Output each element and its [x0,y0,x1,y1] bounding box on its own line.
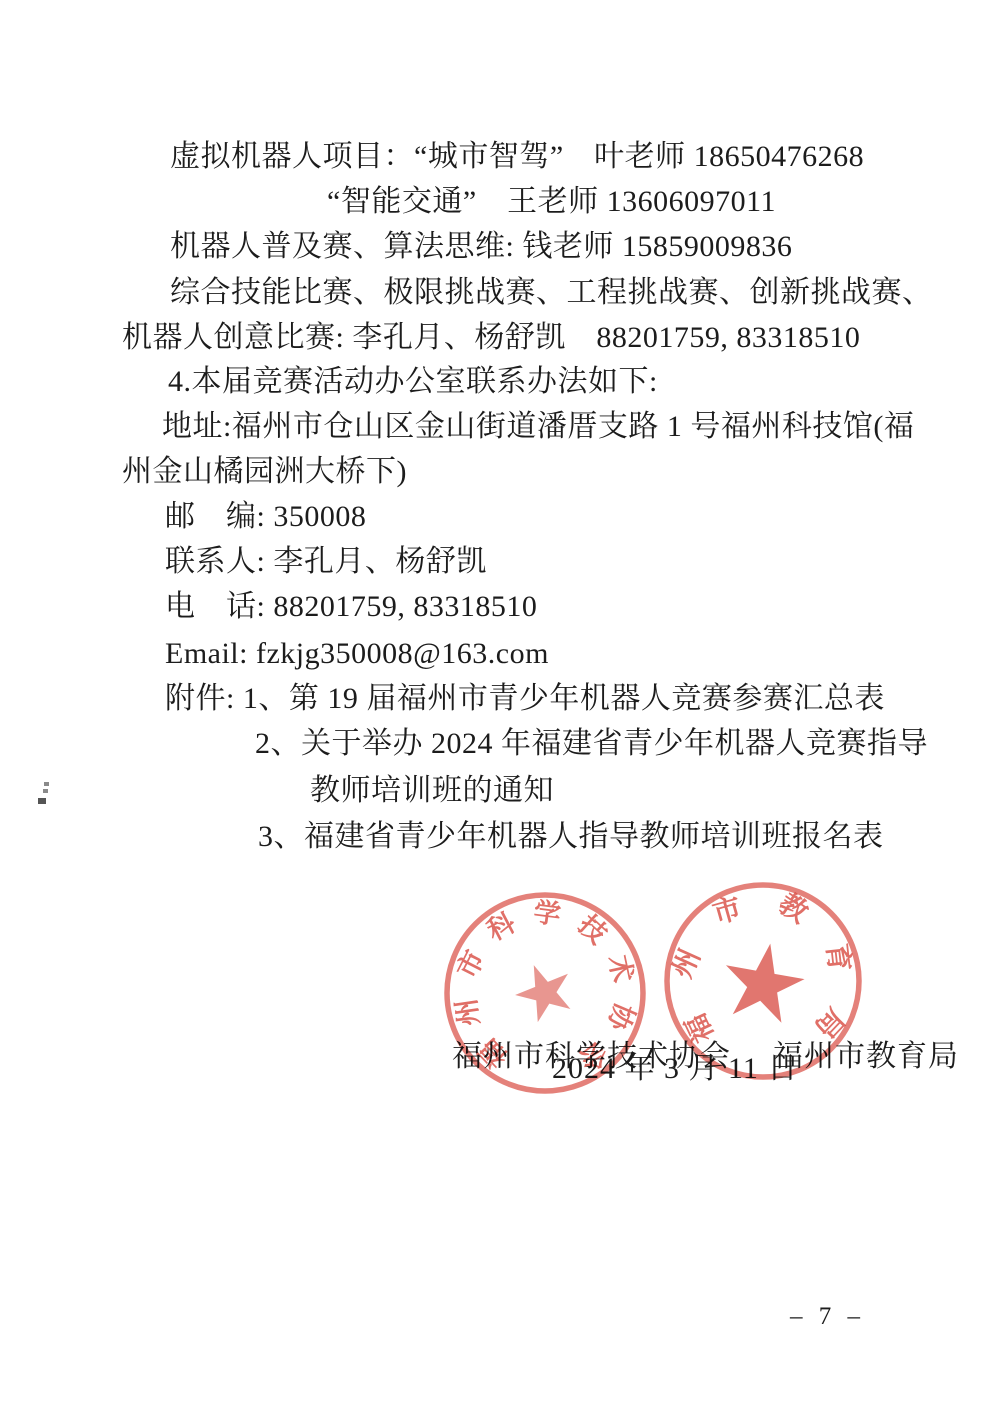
body-line: 综合技能比赛、极限挑战赛、工程挑战赛、创新挑战赛、 [170,274,933,312]
page-number: – 7 – [790,1303,865,1331]
signature-date: 2024 年 3 月 11 日 [552,1043,798,1087]
document-page: 虚拟机器人项目：“城市智驾” 叶老师 18650476268 “智能交通” 王老… [0,0,1000,1414]
body-line: 虚拟机器人项目：“城市智驾” 叶老师 18650476268 [170,138,864,176]
body-line: 3、福建省青少年机器人指导教师培训班报名表 [258,818,884,856]
body-line: 邮 编: 350008 [165,498,366,536]
body-line: Email: fzkjg350008@163.com [165,635,549,673]
body-line: 地址:福州市仓山区金山街道潘厝支路 1 号福州科技馆(福 [162,408,914,446]
scan-smudge [38,782,50,804]
body-line: 电 话: 88201759, 83318510 [165,588,537,626]
body-line: 4.本届竞赛活动办公室联系办法如下: [168,363,658,401]
body-line: 附件: 1、第 19 届福州市青少年机器人竞赛参赛汇总表 [165,680,885,718]
body-line: 教师培训班的通知 [310,772,554,810]
body-line: 机器人普及赛、算法思维: 钱老师 15859009836 [170,228,792,266]
body-line: 联系人: 李孔月、杨舒凯 [165,543,487,581]
body-line: 2、关于举办 2024 年福建省青少年机器人竞赛指导 [255,725,928,763]
signature-org-education-bureau: 福州市教育局 [773,1040,959,1073]
body-line: 州金山橘园洲大桥下) [122,453,407,491]
body-line: 机器人创意比赛: 李孔月、杨舒凯 88201759, 83318510 [122,319,860,357]
body-line: “智能交通” 王老师 13606097011 [327,183,776,221]
